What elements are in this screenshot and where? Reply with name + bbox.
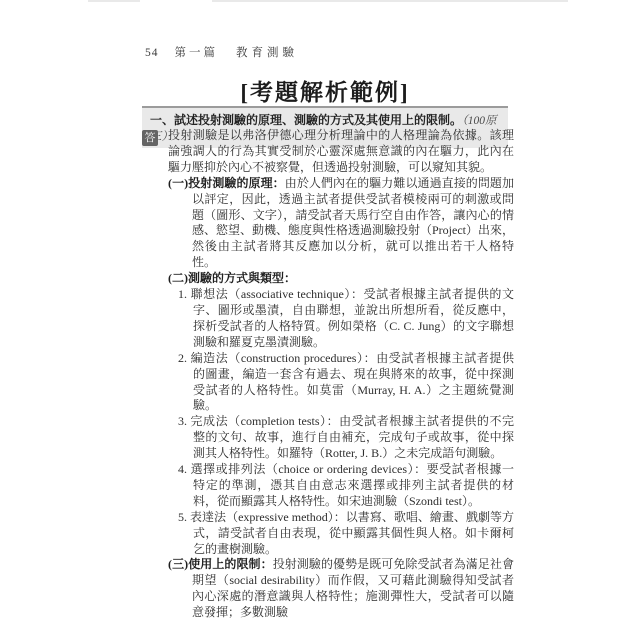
list-item: 3. 完成法（completion tests）：由受試者根據主試者提供的不完整… <box>168 414 514 462</box>
book-title: 教育測驗 <box>236 44 298 60</box>
section-label: (二) <box>168 271 188 285</box>
answer-section-3: (三)使用上的限制：投射測驗的優勢是既可免除受試者為滿足社會期望（social … <box>168 557 514 621</box>
item-number: 4. <box>178 462 187 476</box>
item-text: 編造法（construction procedures）：由受試者根據主試者提供… <box>191 351 514 413</box>
question-number: 一、 <box>150 113 174 127</box>
item-number: 2. <box>178 351 187 365</box>
answer-section-1: (一)投射測驗的原理：由於人們內在的驅力難以通過直接的問題加以評定，因此，透過主… <box>168 176 514 271</box>
section-label: (一) <box>168 176 188 190</box>
part-label: 第一篇 <box>175 44 219 60</box>
scan-edge-artifact <box>88 0 140 2</box>
answer-section-2: (二)測驗的方式與類型： <box>168 271 514 287</box>
page-title: [考題解析範例] <box>142 74 508 107</box>
section-heading: 投射測驗的原理： <box>188 176 285 190</box>
list-item: 5. 表達法（expressive method）：以書寫、歌唱、繪畫、戲劇等方… <box>168 510 514 558</box>
answer-badge: 答 <box>142 130 158 146</box>
item-number: 3. <box>178 414 187 428</box>
section-heading: 使用上的限制： <box>188 557 273 571</box>
answer-intro: 投射測驗是以弗洛伊德心理分析理論中的人格理論為依據。該理論強調人的行為其實受制於… <box>168 128 514 176</box>
item-number: 5. <box>178 510 187 524</box>
page-number: 54 <box>145 47 159 59</box>
question-text: 試述投射測驗的原理、測驗的方式及其使用上的限制。 <box>174 113 462 127</box>
method-list: 1. 聯想法（associative technique）：受試者根據主試者提供… <box>168 287 514 557</box>
list-item: 1. 聯想法（associative technique）：受試者根據主試者提供… <box>168 287 514 351</box>
item-text: 聯想法（associative technique）：受試者根據主試者提供的文字… <box>191 287 514 349</box>
list-item: 2. 編造法（construction procedures）：由受試者根據主試… <box>168 351 514 415</box>
section-label: (三) <box>168 557 188 571</box>
list-item: 4. 選擇或排列法（choice or ordering devices）：要受… <box>168 462 514 510</box>
answer-block: 答 投射測驗是以弗洛伊德心理分析理論中的人格理論為依據。該理論強調人的行為其實受… <box>142 128 514 621</box>
scan-edge-artifact <box>212 0 568 2</box>
item-number: 1. <box>178 287 187 301</box>
section-heading: 測驗的方式與類型： <box>188 271 296 285</box>
item-text: 表達法（expressive method）：以書寫、歌唱、繪畫、戲劇等方式，請… <box>190 510 514 556</box>
item-text: 完成法（completion tests）：由受試者根據主試者提供的不完整的文句… <box>191 414 514 460</box>
item-text: 選擇或排列法（choice or ordering devices）：要受試者根… <box>191 462 514 508</box>
running-head: 54 第一篇 教育測驗 <box>145 44 298 60</box>
